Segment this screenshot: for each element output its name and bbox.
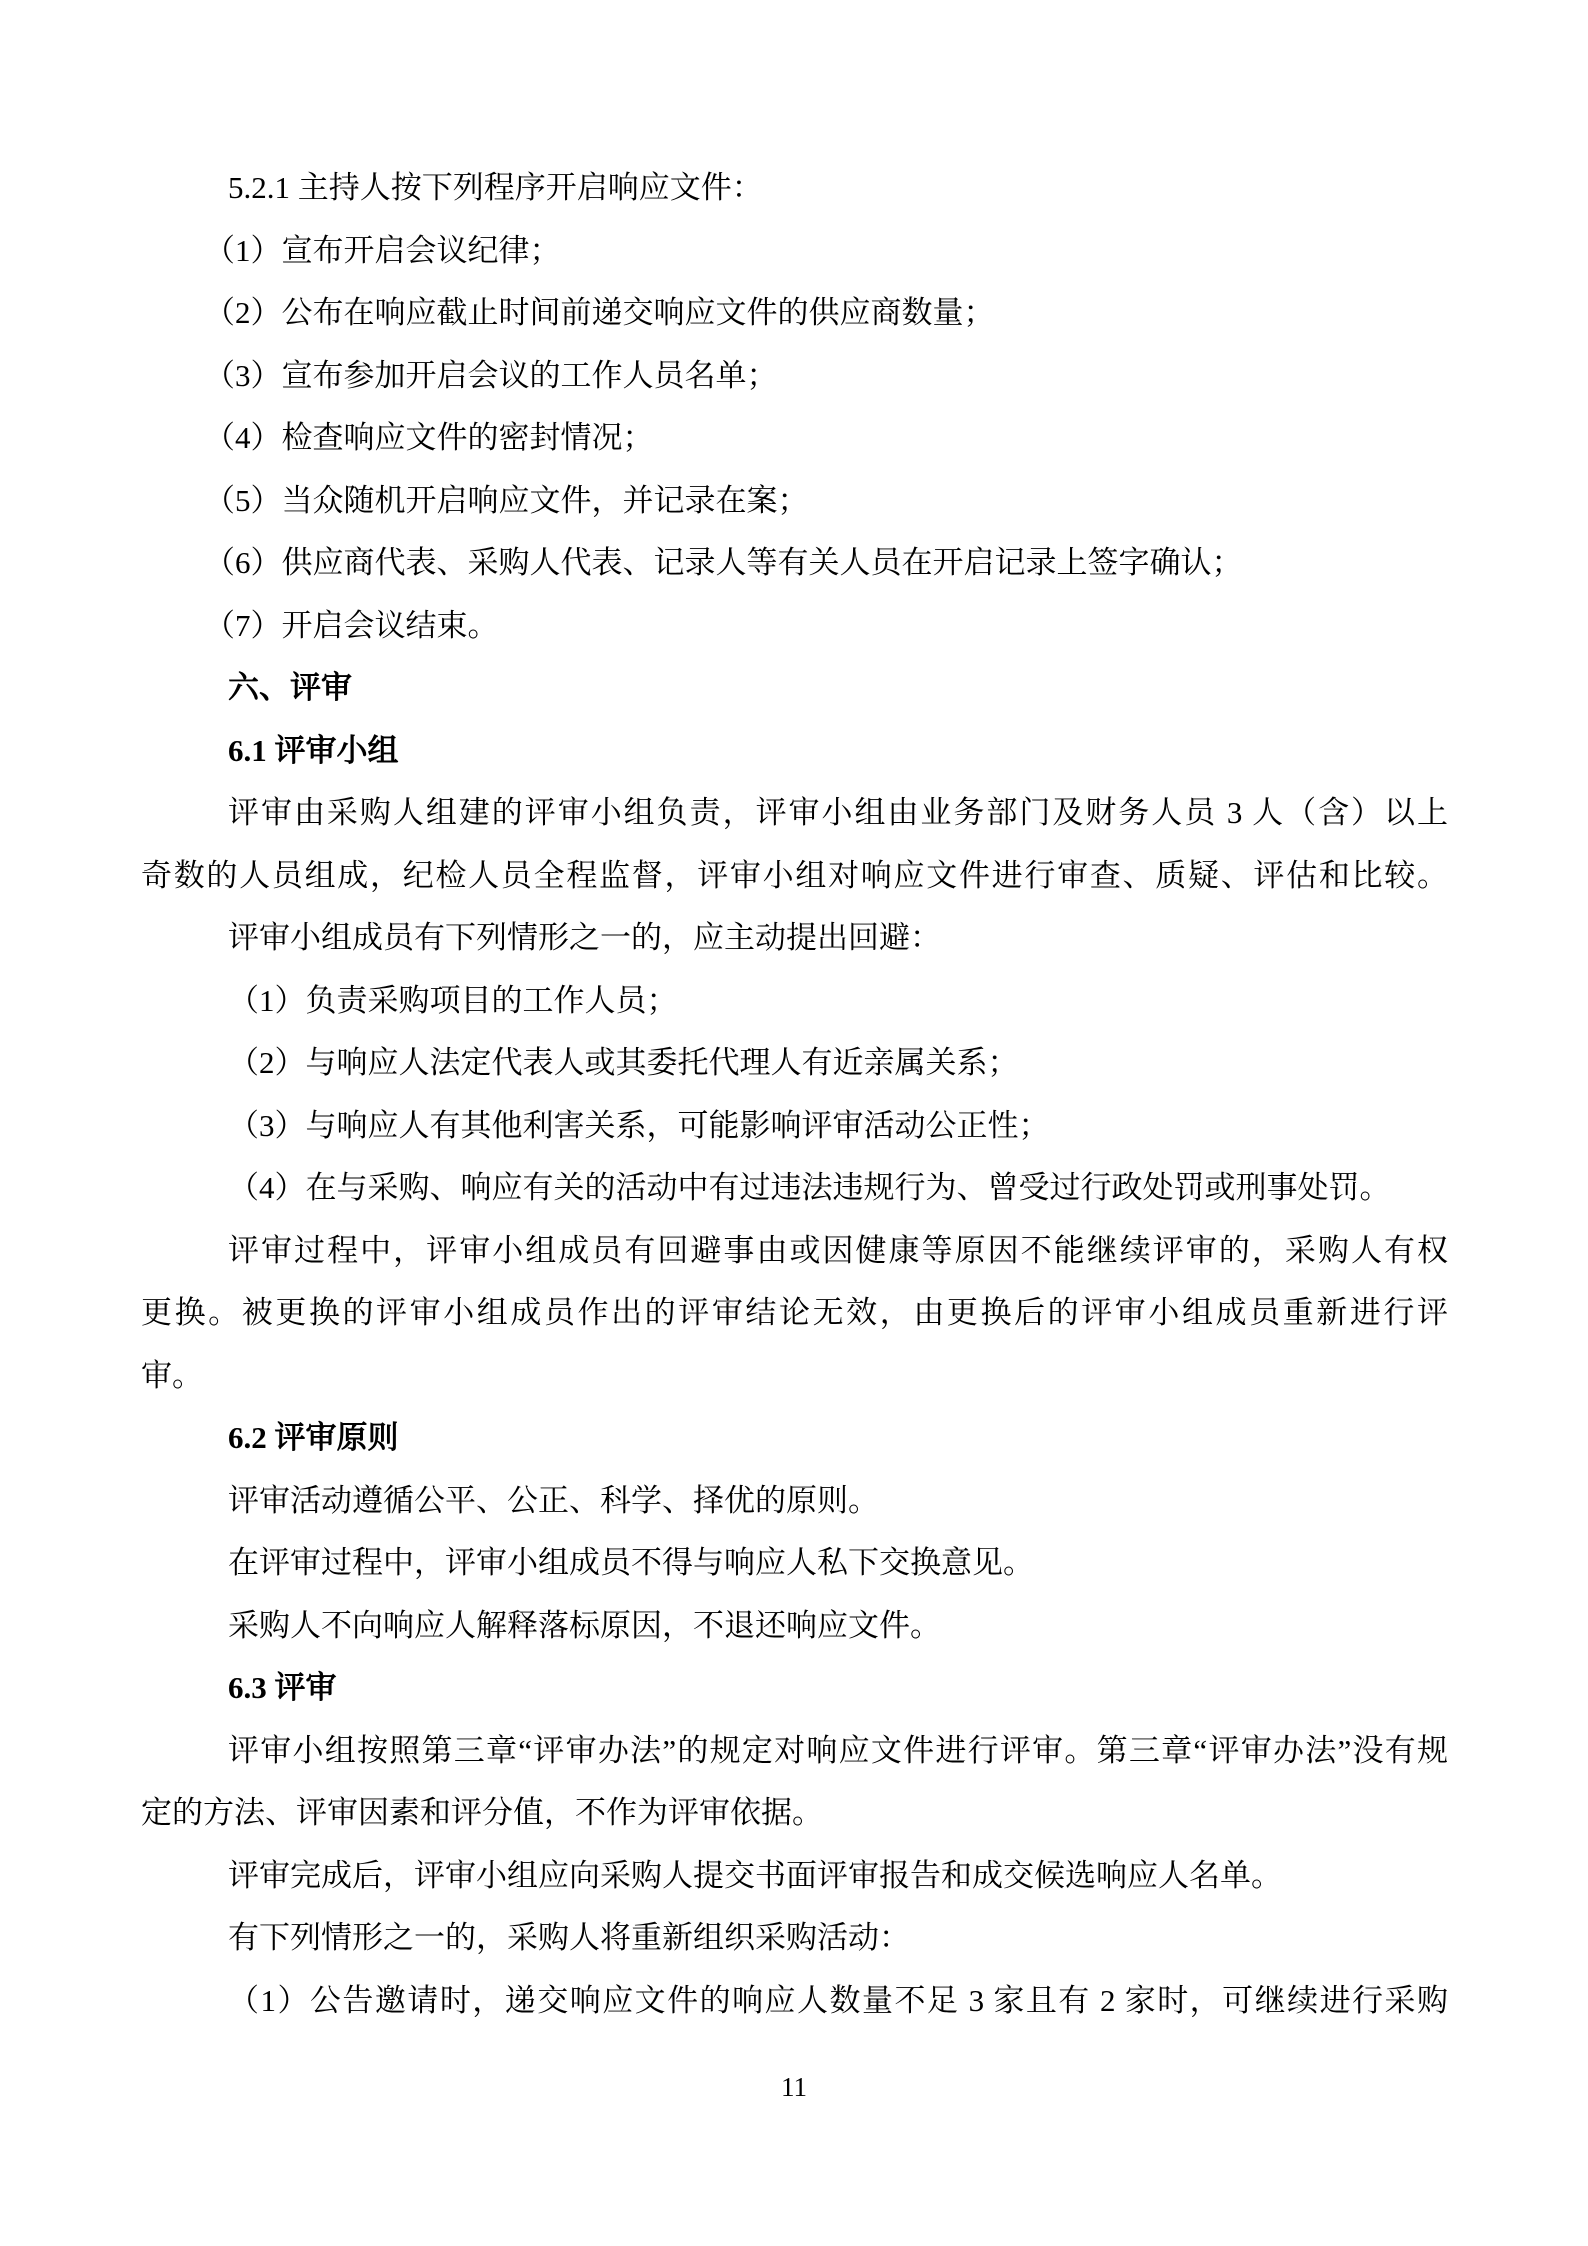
document-line: 更换。被更换的评审小组成员作出的评审结论无效，由更换后的评审小组成员重新进行评 bbox=[141, 1282, 1448, 1345]
document-line: （1）负责采购项目的工作人员； bbox=[141, 970, 1448, 1033]
heading-line: 六、评审 bbox=[141, 657, 1448, 720]
document-line: 定的方法、评审因素和评分值，不作为评审依据。 bbox=[141, 1782, 1448, 1845]
document-line: （2）与响应人法定代表人或其委托代理人有近亲属关系； bbox=[141, 1032, 1448, 1095]
document-line: （3）宣布参加开启会议的工作人员名单； bbox=[141, 345, 1448, 408]
document-line: （4）检查响应文件的密封情况； bbox=[141, 407, 1448, 470]
document-line: （1）公告邀请时，递交响应文件的响应人数量不足 3 家且有 2 家时，可继续进行… bbox=[141, 1970, 1448, 2033]
document-line: （1）宣布开启会议纪律； bbox=[141, 220, 1448, 283]
document-line: 评审小组成员有下列情形之一的，应主动提出回避： bbox=[141, 907, 1448, 970]
document-line: 审。 bbox=[141, 1345, 1448, 1408]
heading-line: 6.3 评审 bbox=[141, 1657, 1448, 1720]
document-line: 在评审过程中，评审小组成员不得与响应人私下交换意见。 bbox=[141, 1532, 1448, 1595]
document-line: （6）供应商代表、采购人代表、记录人等有关人员在开启记录上签字确认； bbox=[141, 532, 1448, 595]
document-line: 评审由采购人组建的评审小组负责，评审小组由业务部门及财务人员 3 人（含）以上 bbox=[141, 782, 1448, 845]
document-line: （3）与响应人有其他利害关系，可能影响评审活动公正性； bbox=[141, 1095, 1448, 1158]
document-line: （7）开启会议结束。 bbox=[141, 595, 1448, 658]
document-line: 评审小组按照第三章“评审办法”的规定对响应文件进行评审。第三章“评审办法”没有规 bbox=[141, 1720, 1448, 1783]
document-line: 有下列情形之一的，采购人将重新组织采购活动： bbox=[141, 1907, 1448, 1970]
document-line: 奇数的人员组成，纪检人员全程监督，评审小组对响应文件进行审查、质疑、评估和比较。 bbox=[141, 845, 1448, 908]
document-body: 5.2.1 主持人按下列程序开启响应文件：（1）宣布开启会议纪律；（2）公布在响… bbox=[141, 157, 1448, 2032]
document-line: 评审活动遵循公平、公正、科学、择优的原则。 bbox=[141, 1470, 1448, 1533]
document-line: 评审过程中，评审小组成员有回避事由或因健康等原因不能继续评审的，采购人有权 bbox=[141, 1220, 1448, 1283]
heading-line: 6.2 评审原则 bbox=[141, 1407, 1448, 1470]
page-number: 11 bbox=[0, 2062, 1588, 2112]
document-page: 5.2.1 主持人按下列程序开启响应文件：（1）宣布开启会议纪律；（2）公布在响… bbox=[0, 0, 1588, 2246]
document-line: 采购人不向响应人解释落标原因，不退还响应文件。 bbox=[141, 1595, 1448, 1658]
document-line: （2）公布在响应截止时间前递交响应文件的供应商数量； bbox=[141, 282, 1448, 345]
heading-line: 6.1 评审小组 bbox=[141, 720, 1448, 783]
document-line: （4）在与采购、响应有关的活动中有过违法违规行为、曾受过行政处罚或刑事处罚。 bbox=[141, 1157, 1448, 1220]
document-line: 5.2.1 主持人按下列程序开启响应文件： bbox=[141, 157, 1448, 220]
document-line: 评审完成后，评审小组应向采购人提交书面评审报告和成交候选响应人名单。 bbox=[141, 1845, 1448, 1908]
document-line: （5）当众随机开启响应文件，并记录在案； bbox=[141, 470, 1448, 533]
